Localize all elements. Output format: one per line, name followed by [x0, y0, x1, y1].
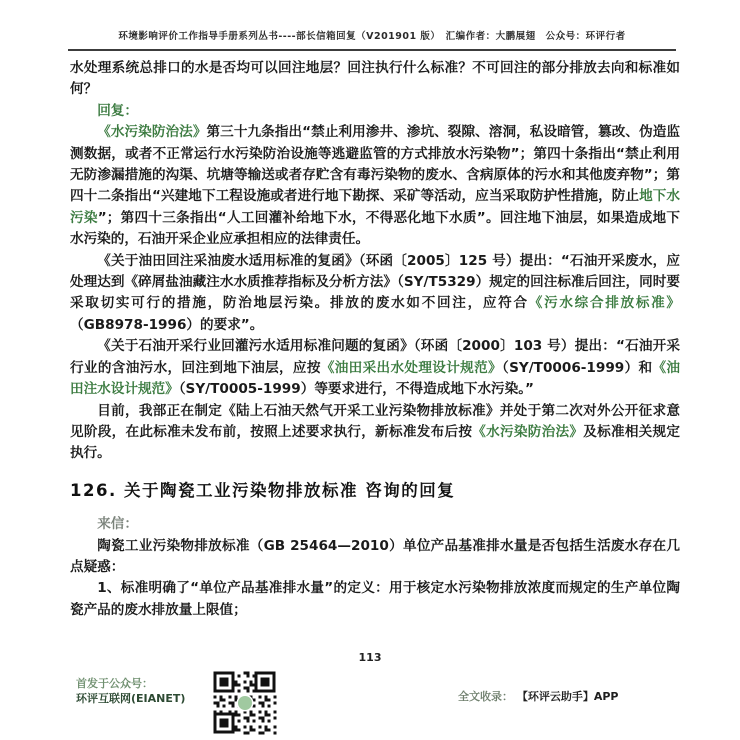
paragraph: 来信：: [70, 514, 680, 535]
text-segment: 126. 关于陶瓷工业污染物排放标准 咨询的回复: [70, 481, 455, 500]
text-segment: 《水污染防治法》: [472, 424, 583, 440]
publisher-label: 首发于公众号：: [76, 676, 185, 691]
document-body: 水处理系统总排口的水是否均可以回注地层？回注执行什么标准？不可回注的部分排放去向…: [70, 58, 680, 621]
text-segment: 陶瓷工业污染物排放标准（GB 25464—2010）单位产品基准排水量是否包括生…: [70, 538, 680, 575]
footer-publisher: 首发于公众号： 环评互联网(EIANET): [76, 676, 185, 706]
text-segment: 水处理系统总排口的水是否均可以回注地层？回注执行什么标准？不可回注的部分排放去向…: [70, 60, 680, 97]
paragraph: 目前，我部正在制定《陆上石油天然气开采工业污染物排放标准》并处于第二次对外公开征…: [70, 401, 680, 465]
paragraph: 回复：: [70, 101, 680, 122]
text-segment: 来信：: [97, 516, 138, 532]
text-segment: 回复：: [97, 103, 138, 119]
paragraph: 《水污染防治法》第三十九条指出“禁止利用渗井、渗坑、裂隙、溶洞，私设暗管，篡改、…: [70, 122, 680, 250]
section-heading: 126. 关于陶瓷工业污染物排放标准 咨询的回复: [70, 480, 680, 501]
paragraph: 《关于油田回注采油废水适用标准的复函》（环函〔2005〕125 号）提出：“石油…: [70, 251, 680, 337]
text-segment: 《污水综合排放标准》: [529, 295, 680, 311]
text-segment: 1、标准明确了“单位产品基准排水量”的定义：用于核定水污染物排放浓度而规定的生产…: [70, 580, 680, 617]
text-segment: （SY/T0005-1999）等要求进行，不得造成地下水污染。”: [179, 381, 534, 397]
text-segment: 《水污染防治法》: [97, 124, 206, 140]
page-header: 环境影响评价工作指导手册系列丛书----部长信箱回复（V201901 版） 汇编…: [68, 28, 676, 51]
paragraph: 水处理系统总排口的水是否均可以回注地层？回注执行什么标准？不可回注的部分排放去向…: [70, 58, 680, 101]
page-number: 113: [0, 651, 740, 664]
text-segment: ”；第四十三条指出“人工回灌补给地下水，不得恶化地下水质”。回注地下油层，如果造…: [70, 210, 680, 247]
text-segment: （GB8978-1996）的要求”。: [70, 317, 263, 333]
publisher-name: 环评互联网(EIANET): [76, 691, 185, 706]
collection-label: 全文收录：: [458, 690, 513, 703]
footer-collection: 全文收录： 【环评云助手】APP: [458, 688, 618, 704]
document-page: 环境影响评价工作指导手册系列丛书----部长信箱回复（V201901 版） 汇编…: [0, 0, 740, 740]
paragraph: 《关于石油开采行业回灌污水适用标准问题的复函》（环函〔2000〕103 号）提出…: [70, 336, 680, 400]
text-segment: 《油田采出水处理设计规范》: [321, 360, 502, 376]
paragraph: 1、标准明确了“单位产品基准排水量”的定义：用于核定水污染物排放浓度而规定的生产…: [70, 578, 680, 621]
text-segment: （SY/T0006-1999）和: [502, 360, 653, 376]
collection-name: 【环评云助手】APP: [517, 690, 619, 703]
qr-code-icon: [213, 671, 277, 735]
paragraph: 陶瓷工业污染物排放标准（GB 25464—2010）单位产品基准排水量是否包括生…: [70, 536, 680, 579]
